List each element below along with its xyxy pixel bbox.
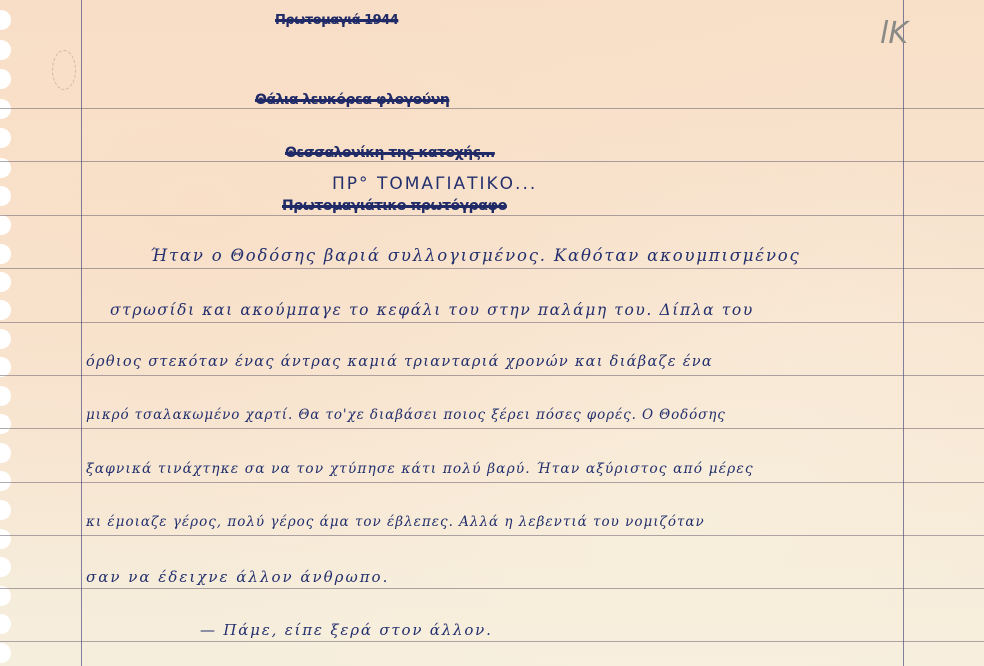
body-line: κι έμοιαζε γέρος, πολύ γέρος άμα τον έβλ… bbox=[86, 514, 705, 530]
body-line: Ήταν ο Θοδόσης βαριά συλλογισμένος. Καθό… bbox=[150, 246, 801, 265]
ruled-line bbox=[0, 108, 984, 109]
paper-stain bbox=[52, 50, 76, 90]
binder-hole bbox=[0, 10, 11, 30]
binder-hole bbox=[0, 215, 11, 235]
binder-hole bbox=[0, 329, 11, 349]
crossed-out-line: Θάλια λευκόρεα φλογούνη bbox=[255, 92, 449, 108]
binder-hole bbox=[0, 357, 11, 377]
binder-hole bbox=[0, 414, 11, 434]
ruled-line bbox=[0, 375, 984, 376]
ruled-line bbox=[0, 482, 984, 483]
ruled-line bbox=[0, 588, 984, 589]
ruled-line bbox=[0, 322, 984, 323]
body-line: σαν να έδειχνε άλλον άνθρωπο. bbox=[86, 568, 389, 586]
crossed-out-heading: Πρωτομαγιά 1944 bbox=[275, 13, 398, 28]
binder-hole bbox=[0, 529, 11, 549]
binder-hole bbox=[0, 40, 11, 60]
crossed-out-line: Πρωτομαγιάτικο πρωτόγραφο bbox=[282, 198, 507, 214]
body-line: στρωσίδι και ακούμπαγε το κεφάλι του στη… bbox=[110, 301, 754, 319]
ruled-line bbox=[0, 535, 984, 536]
ruled-line bbox=[0, 641, 984, 642]
right-margin-line bbox=[903, 0, 904, 666]
manuscript-page: lK Πρωτομαγιά 1944 Θάλια λευκόρεα φλογού… bbox=[0, 0, 984, 666]
binder-hole bbox=[0, 69, 11, 89]
binder-hole bbox=[0, 99, 11, 119]
body-line: μικρό τσαλακωμένο χαρτί. Θα το'χε διαβάσ… bbox=[86, 407, 726, 423]
binder-hole bbox=[0, 614, 11, 634]
binder-hole bbox=[0, 443, 11, 463]
ruled-line bbox=[0, 215, 984, 216]
ruled-line bbox=[0, 161, 984, 162]
binder-hole bbox=[0, 500, 11, 520]
body-line: ξαφνικά τινάχτηκε σα να τον χτύπησε κάτι… bbox=[86, 461, 754, 477]
binder-hole bbox=[0, 643, 11, 663]
binder-hole bbox=[0, 557, 11, 577]
binder-hole bbox=[0, 471, 11, 491]
binder-hole bbox=[0, 300, 11, 320]
binder-hole bbox=[0, 128, 11, 148]
binder-hole bbox=[0, 272, 11, 292]
left-margin-line bbox=[81, 0, 82, 666]
binder-hole bbox=[0, 386, 11, 406]
story-title: ΠΡ° ΤΟΜΑΓΙΑΤΙΚΟ... bbox=[332, 174, 537, 194]
body-line: όρθιος στεκόταν ένας άντρας καμιά τριαντ… bbox=[86, 354, 713, 370]
dialogue-line: — Πάμε, είπε ξερά στον άλλον. bbox=[200, 621, 493, 639]
binder-hole bbox=[0, 586, 11, 606]
pencil-corner-mark: lK bbox=[880, 16, 908, 51]
ruled-line bbox=[0, 268, 984, 269]
crossed-out-line: Θεσσαλονίκη της κατοχής... bbox=[285, 145, 495, 161]
ruled-line bbox=[0, 428, 984, 429]
binder-hole bbox=[0, 244, 11, 264]
binder-hole bbox=[0, 186, 11, 206]
